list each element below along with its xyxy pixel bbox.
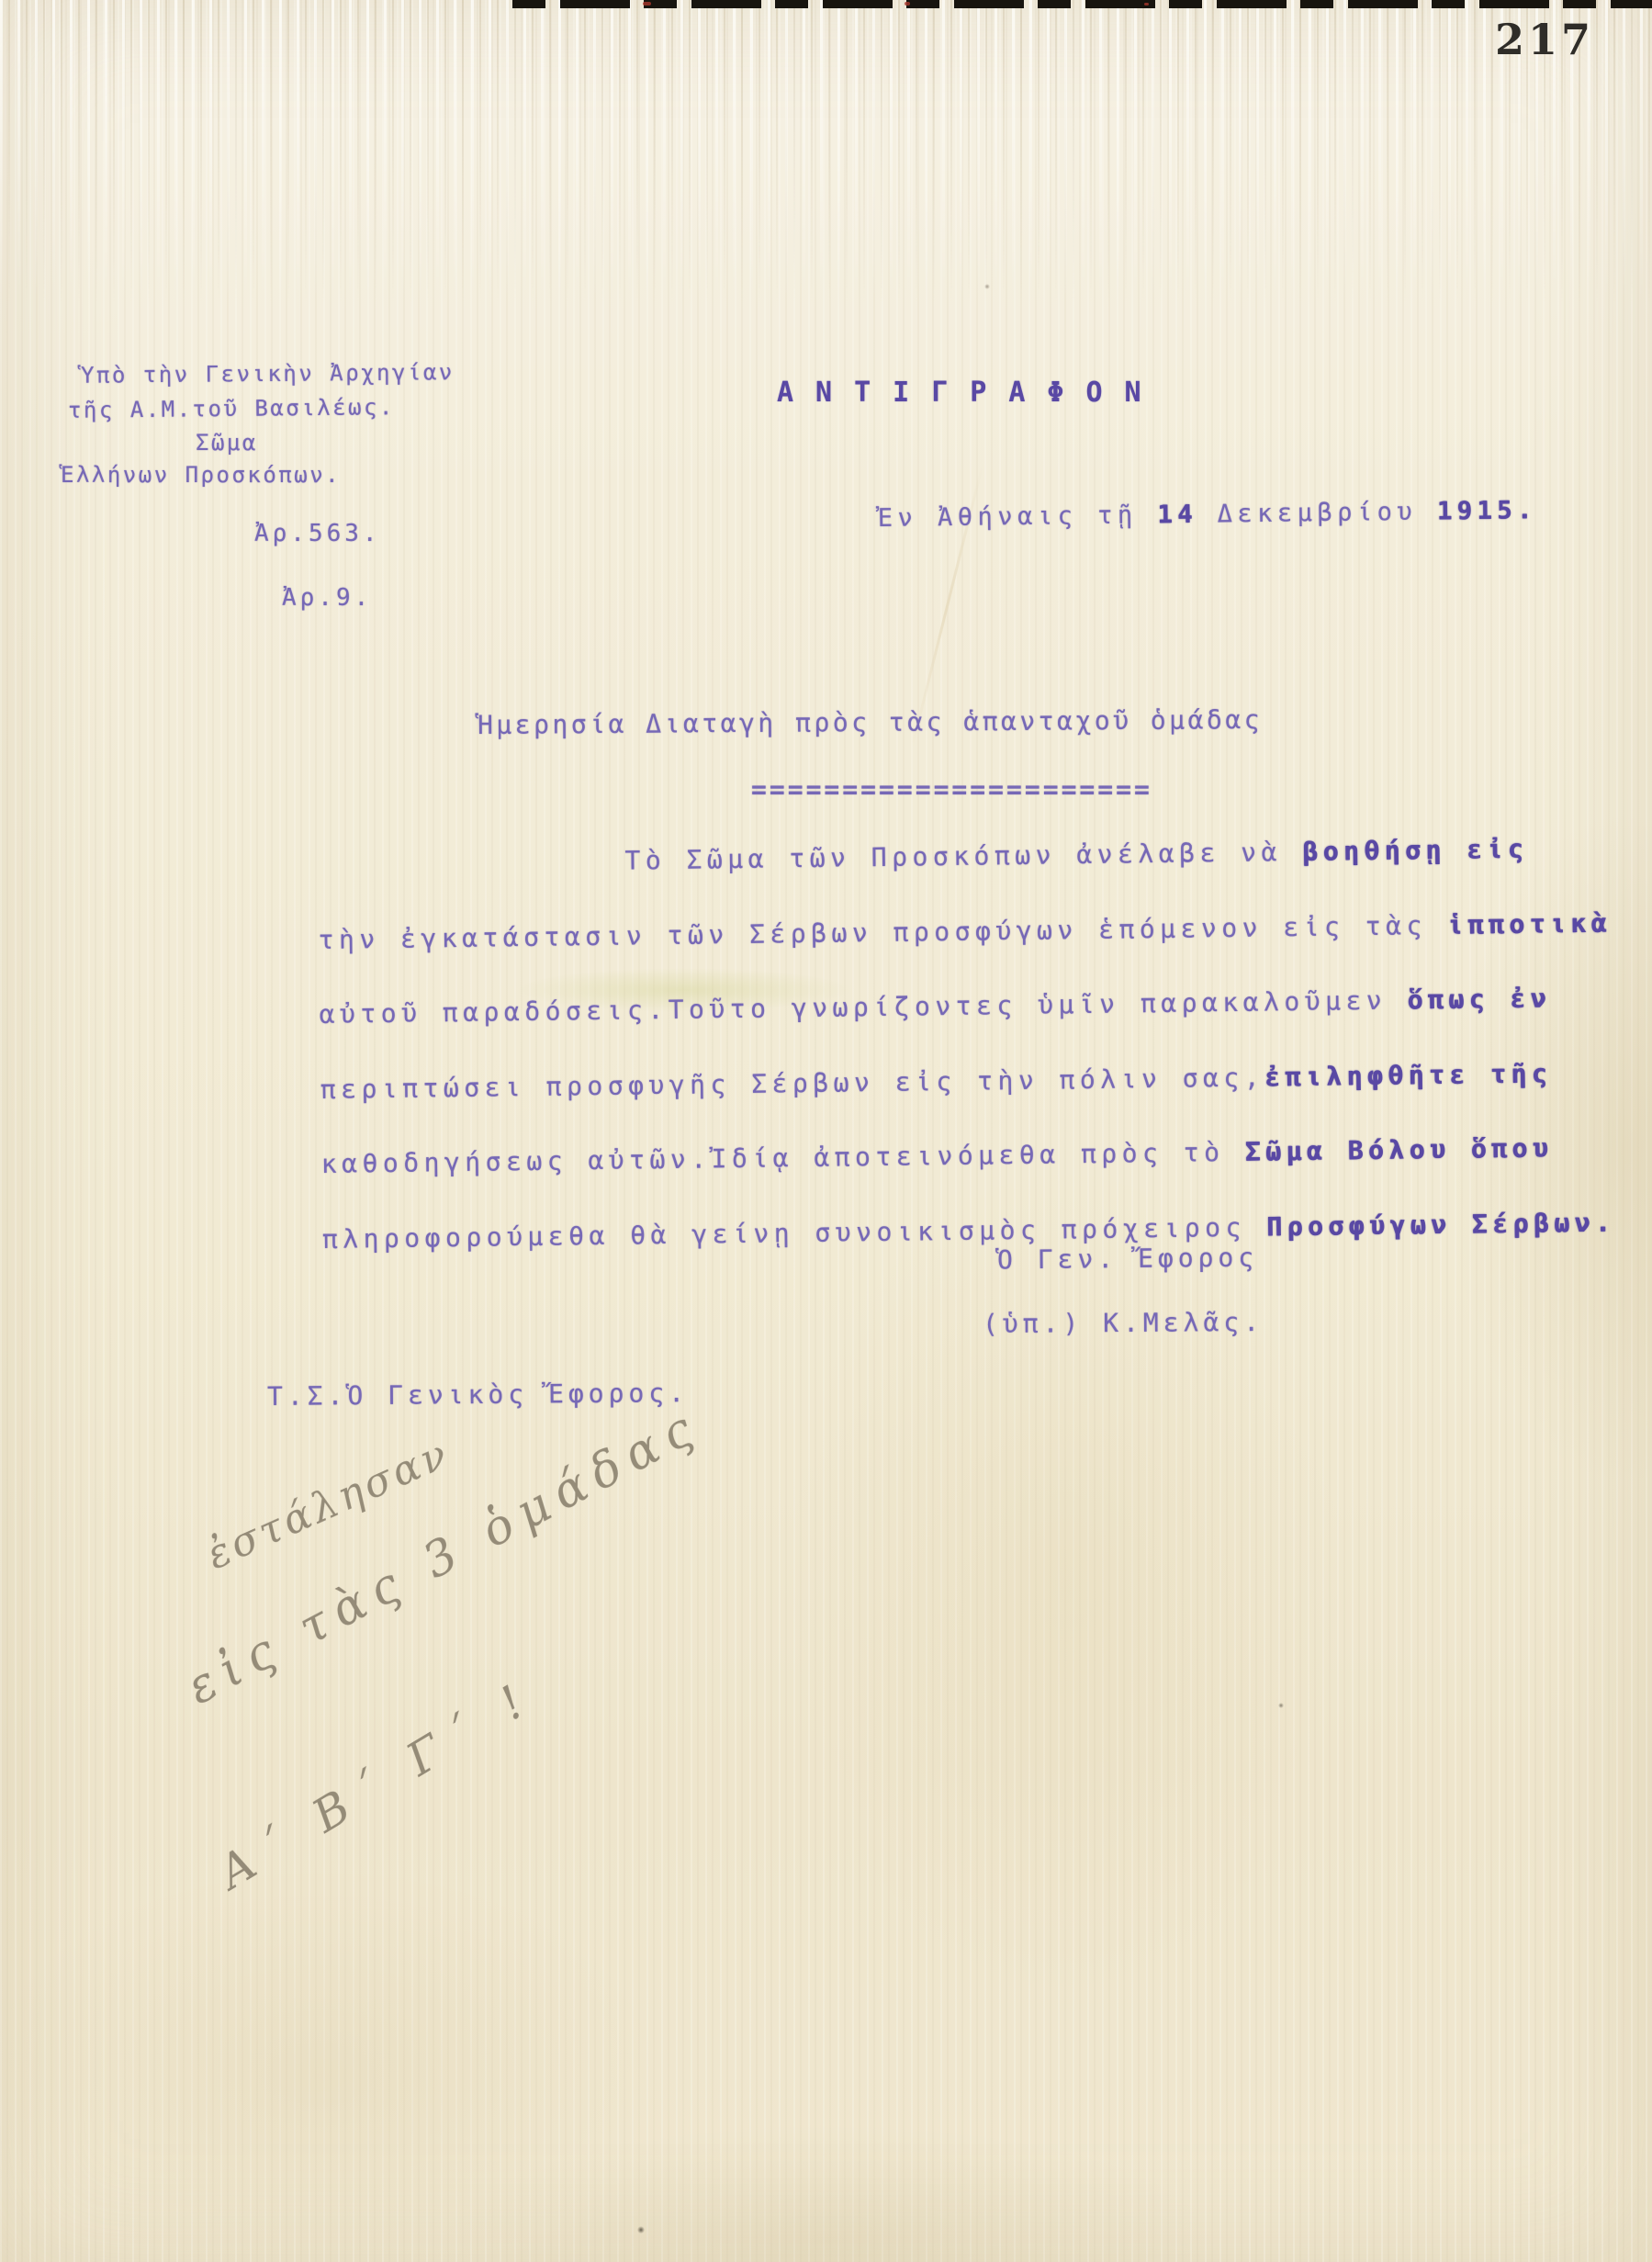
letterhead-line-1: Ὑπὸ τὴν Γενικὴν Ἀρχηγίαν — [81, 359, 455, 388]
body-line-bold-text: Προσφύγων Σέρβων. — [1266, 1207, 1615, 1242]
paper-texture-top — [0, 0, 1652, 303]
scan-edge-strip — [512, 0, 1652, 8]
document-page: 217 Ὑπὸ τὴν Γενικὴν Ἀρχηγίαν τῆς Α.Μ.τοῦ… — [0, 0, 1652, 2262]
body-line-text: Τὸ Σῶμα τῶν Προσκόπων ἀνέλαβε νὰ — [624, 837, 1302, 876]
letterhead-line-2: τῆς Α.Μ.τοῦ Βασιλέως. — [68, 394, 395, 423]
body-line-text: καθοδηγήσεως αὐτῶν.Ἰδίᾳ ἀποτεινόμεθα πρὸ… — [321, 1137, 1245, 1179]
page-number: 217 — [1495, 15, 1594, 64]
body-line-bold-text: Σῶμα Βόλου ὅπου — [1245, 1132, 1554, 1166]
copy-heading: ΑΝΤΙΓΡΑΦΟΝ — [777, 377, 1163, 409]
order-title: Ἡμερησία Διαταγὴ πρὸς τὰς ἁπανταχοῦ ὁμάδ… — [478, 704, 1263, 740]
divider-line: ====================== — [751, 774, 1152, 805]
dateline-place: Ἐν Ἀθήναις τῇ — [878, 501, 1158, 533]
handwritten-note-3: Α΄ Β΄ Γ΄ ! — [209, 1669, 544, 1899]
dateline-month: Δεκεμβρίου — [1197, 498, 1437, 529]
body-line-bold-text: βοηθήσῃ εἰς — [1302, 834, 1528, 867]
protocol-number-2: Ἀρ.9. — [282, 584, 372, 612]
body-line-text: περιπτώσει προσφυγῆς Σέρβων εἰς τὴν πόλι… — [320, 1062, 1265, 1104]
body-line-bold-text: ὅπως ἐν — [1407, 983, 1551, 1015]
dateline: Ἐν Ἀθήναις τῇ 14 Δεκεμβρίου 1915. — [878, 496, 1537, 533]
dateline-day: 14 — [1157, 501, 1197, 530]
seal-line: Τ.Σ.Ὁ Γενικὸς Ἔφορος. — [267, 1378, 689, 1412]
red-ink-speck — [905, 2, 910, 6]
body-paragraph: Τὸ Σῶμα τῶν Προσκόπων ἀνέλαβε νὰ βοηθήσῃ… — [317, 810, 1635, 1277]
body-line-text: τὴν ἐγκατάστασιν τῶν Σέρβων προσφύγων ἑπ… — [318, 909, 1447, 954]
red-ink-speck — [643, 2, 651, 6]
letterhead-line-3: Σῶμα — [196, 430, 258, 456]
signature-name: (ὑπ.) Κ.Μελᾶς. — [983, 1307, 1264, 1339]
dateline-year: 1915. — [1437, 496, 1537, 525]
signature-role: Ὁ Γεν. Ἔφορος — [997, 1243, 1258, 1276]
body-line-bold-text: ἱπποτικὰ — [1447, 907, 1612, 940]
letterhead-line-4: Ἑλλήνων Προσκόπων. — [61, 462, 341, 488]
body-line-text: αὐτοῦ παραδόσεις.Τοῦτο γνωρίζοντες ὑμῖν … — [319, 985, 1407, 1030]
body-line-bold-text: ἐπιληφθῆτε τῆς — [1264, 1058, 1552, 1092]
protocol-number: Ἀρ.563. — [254, 520, 381, 547]
red-ink-speck — [1144, 3, 1149, 6]
